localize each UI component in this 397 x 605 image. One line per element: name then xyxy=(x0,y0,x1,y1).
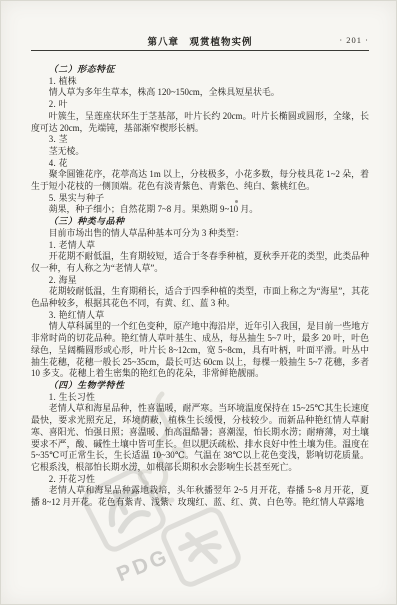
item-heading: 2. 开花习性 xyxy=(31,474,369,486)
item-heading: 5. 果实与种子 xyxy=(31,193,369,205)
item-heading: 4. 花 xyxy=(31,158,369,170)
paragraph: 情人草为多年生草本，株高 120~150cm，全株具短星状毛。 xyxy=(31,87,369,99)
item-heading: 1. 老情人草 xyxy=(31,240,369,252)
item-heading: 3. 茎 xyxy=(31,134,369,146)
watermark-stamp xyxy=(157,503,244,590)
paragraph: 叶簇生，呈莲座状环生于茎基部，叶片长约 20cm。叶片长椭圆或圆形，全缘，长度可… xyxy=(31,111,369,134)
item-heading: 1. 植株 xyxy=(31,76,369,88)
paragraph: 目前市场出售的情人草品种基本可分为 3 种类型： xyxy=(31,228,369,240)
running-header: 第八章 观赏植物实例 · 201 · xyxy=(31,33,369,51)
scanned-book-page: PDG 第八章 观赏植物实例 · 201 · （二）形态特征1. 植株情人草为多… xyxy=(0,0,397,605)
page-number: · 201 · xyxy=(339,35,369,45)
page-body: （二）形态特征1. 植株情人草为多年生草本，株高 120~150cm，全株具短星… xyxy=(31,51,369,509)
item-heading: 1. 生长习性 xyxy=(31,392,369,404)
section-heading: （三）种类与品种 xyxy=(31,216,369,228)
paragraph: 聚伞圆锥花序，花葶高达 1m 以上，分枝极多，小花多数，每分枝具花 1~2 朵，… xyxy=(31,169,369,192)
page-content: 第八章 观赏植物实例 · 201 · （二）形态特征1. 植株情人草为多年生草本… xyxy=(31,33,369,509)
scan-speck-artifact xyxy=(235,200,238,203)
paragraph: 老情人草和海星品种，性喜温暖，耐严寒。当环境温度保持在 15~25℃其生长速度最… xyxy=(31,403,369,473)
paragraph: 开花期不耐低温，生育期较短，适合于冬春季种植，夏秋季开花的类型，此类品种仅一种，… xyxy=(31,251,369,274)
pdg-watermark: PDG xyxy=(113,545,173,588)
section-heading: （四）生物学特性 xyxy=(31,380,369,392)
item-heading: 2. 叶 xyxy=(31,99,369,111)
paragraph: 茎无棱。 xyxy=(31,146,369,158)
paragraph: 蒴果，种子细小；自然花期 7~8 月。果熟期 9~10 月。 xyxy=(31,204,369,216)
item-heading: 3. 艳红情人草 xyxy=(31,310,369,322)
paragraph: 花期较耐低温，生育期稍长，适合于四季种植的类型，市面上称之为“海星”，其花色品种… xyxy=(31,286,369,309)
section-heading: （二）形态特征 xyxy=(31,64,369,76)
paragraph: 老情人草和海星品种露地栽培，头年秋播翌年 2~5 月开花，春播 5~8 月开花，… xyxy=(31,485,369,508)
paragraph: 情人草科属里的一个红色变种，原产地中海沿岸，近年引入我国，是目前一些地方非常时尚… xyxy=(31,321,369,380)
item-heading: 2. 海星 xyxy=(31,275,369,287)
chapter-title: 第八章 观赏植物实例 xyxy=(31,34,369,48)
